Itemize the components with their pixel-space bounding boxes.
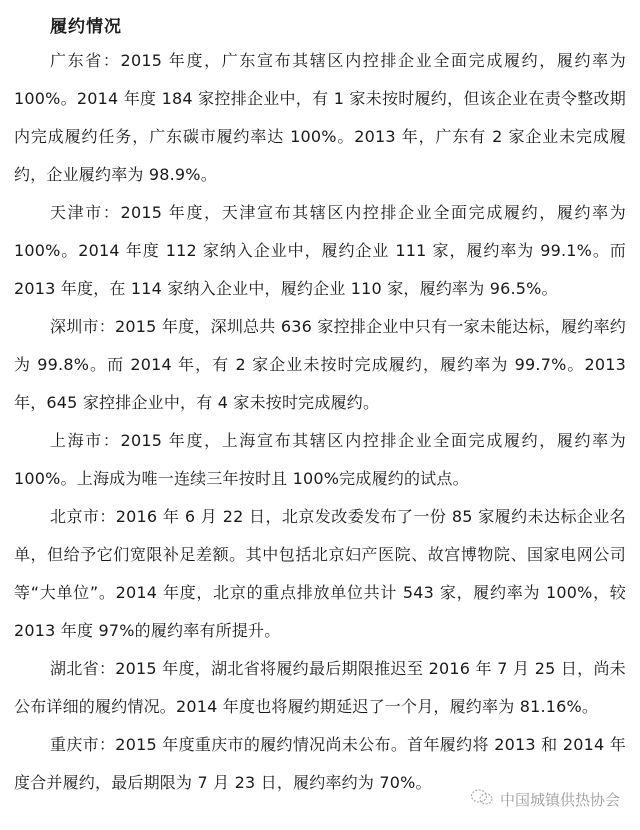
paragraph-guangdong: 广东省：2015 年度，广东宣布其辖区内控排企业全面完成履约，履约率为 100%… (14, 42, 626, 194)
paragraph-beijing: 北京市：2016 年 6 月 22 日，北京发改委发布了一份 85 家履约未达标… (14, 498, 626, 650)
paragraph-tianjin: 天津市：2015 年度，天津宣布其辖区内控排企业全面完成履约，履约率为 100%… (14, 194, 626, 308)
section-title: 履约情况 (50, 12, 626, 42)
watermark: 中国城镇供热协会 (468, 788, 622, 810)
paragraph-hubei: 湖北省：2015 年度，湖北省将履约最后期限推迟至 2016 年 7 月 25 … (14, 650, 626, 726)
document-body: 履约情况 广东省：2015 年度，广东宣布其辖区内控排企业全面完成履约，履约率为… (14, 12, 626, 802)
paragraph-shanghai: 上海市：2015 年度，上海宣布其辖区内控排企业全面完成履约，履约率为 100%… (14, 422, 626, 498)
watermark-text: 中国城镇供热协会 (500, 789, 620, 810)
wechat-icon (470, 788, 494, 810)
paragraph-shenzhen: 深圳市：2015 年度，深圳总共 636 家控排企业中只有一家未能达标，履约率约… (14, 308, 626, 422)
